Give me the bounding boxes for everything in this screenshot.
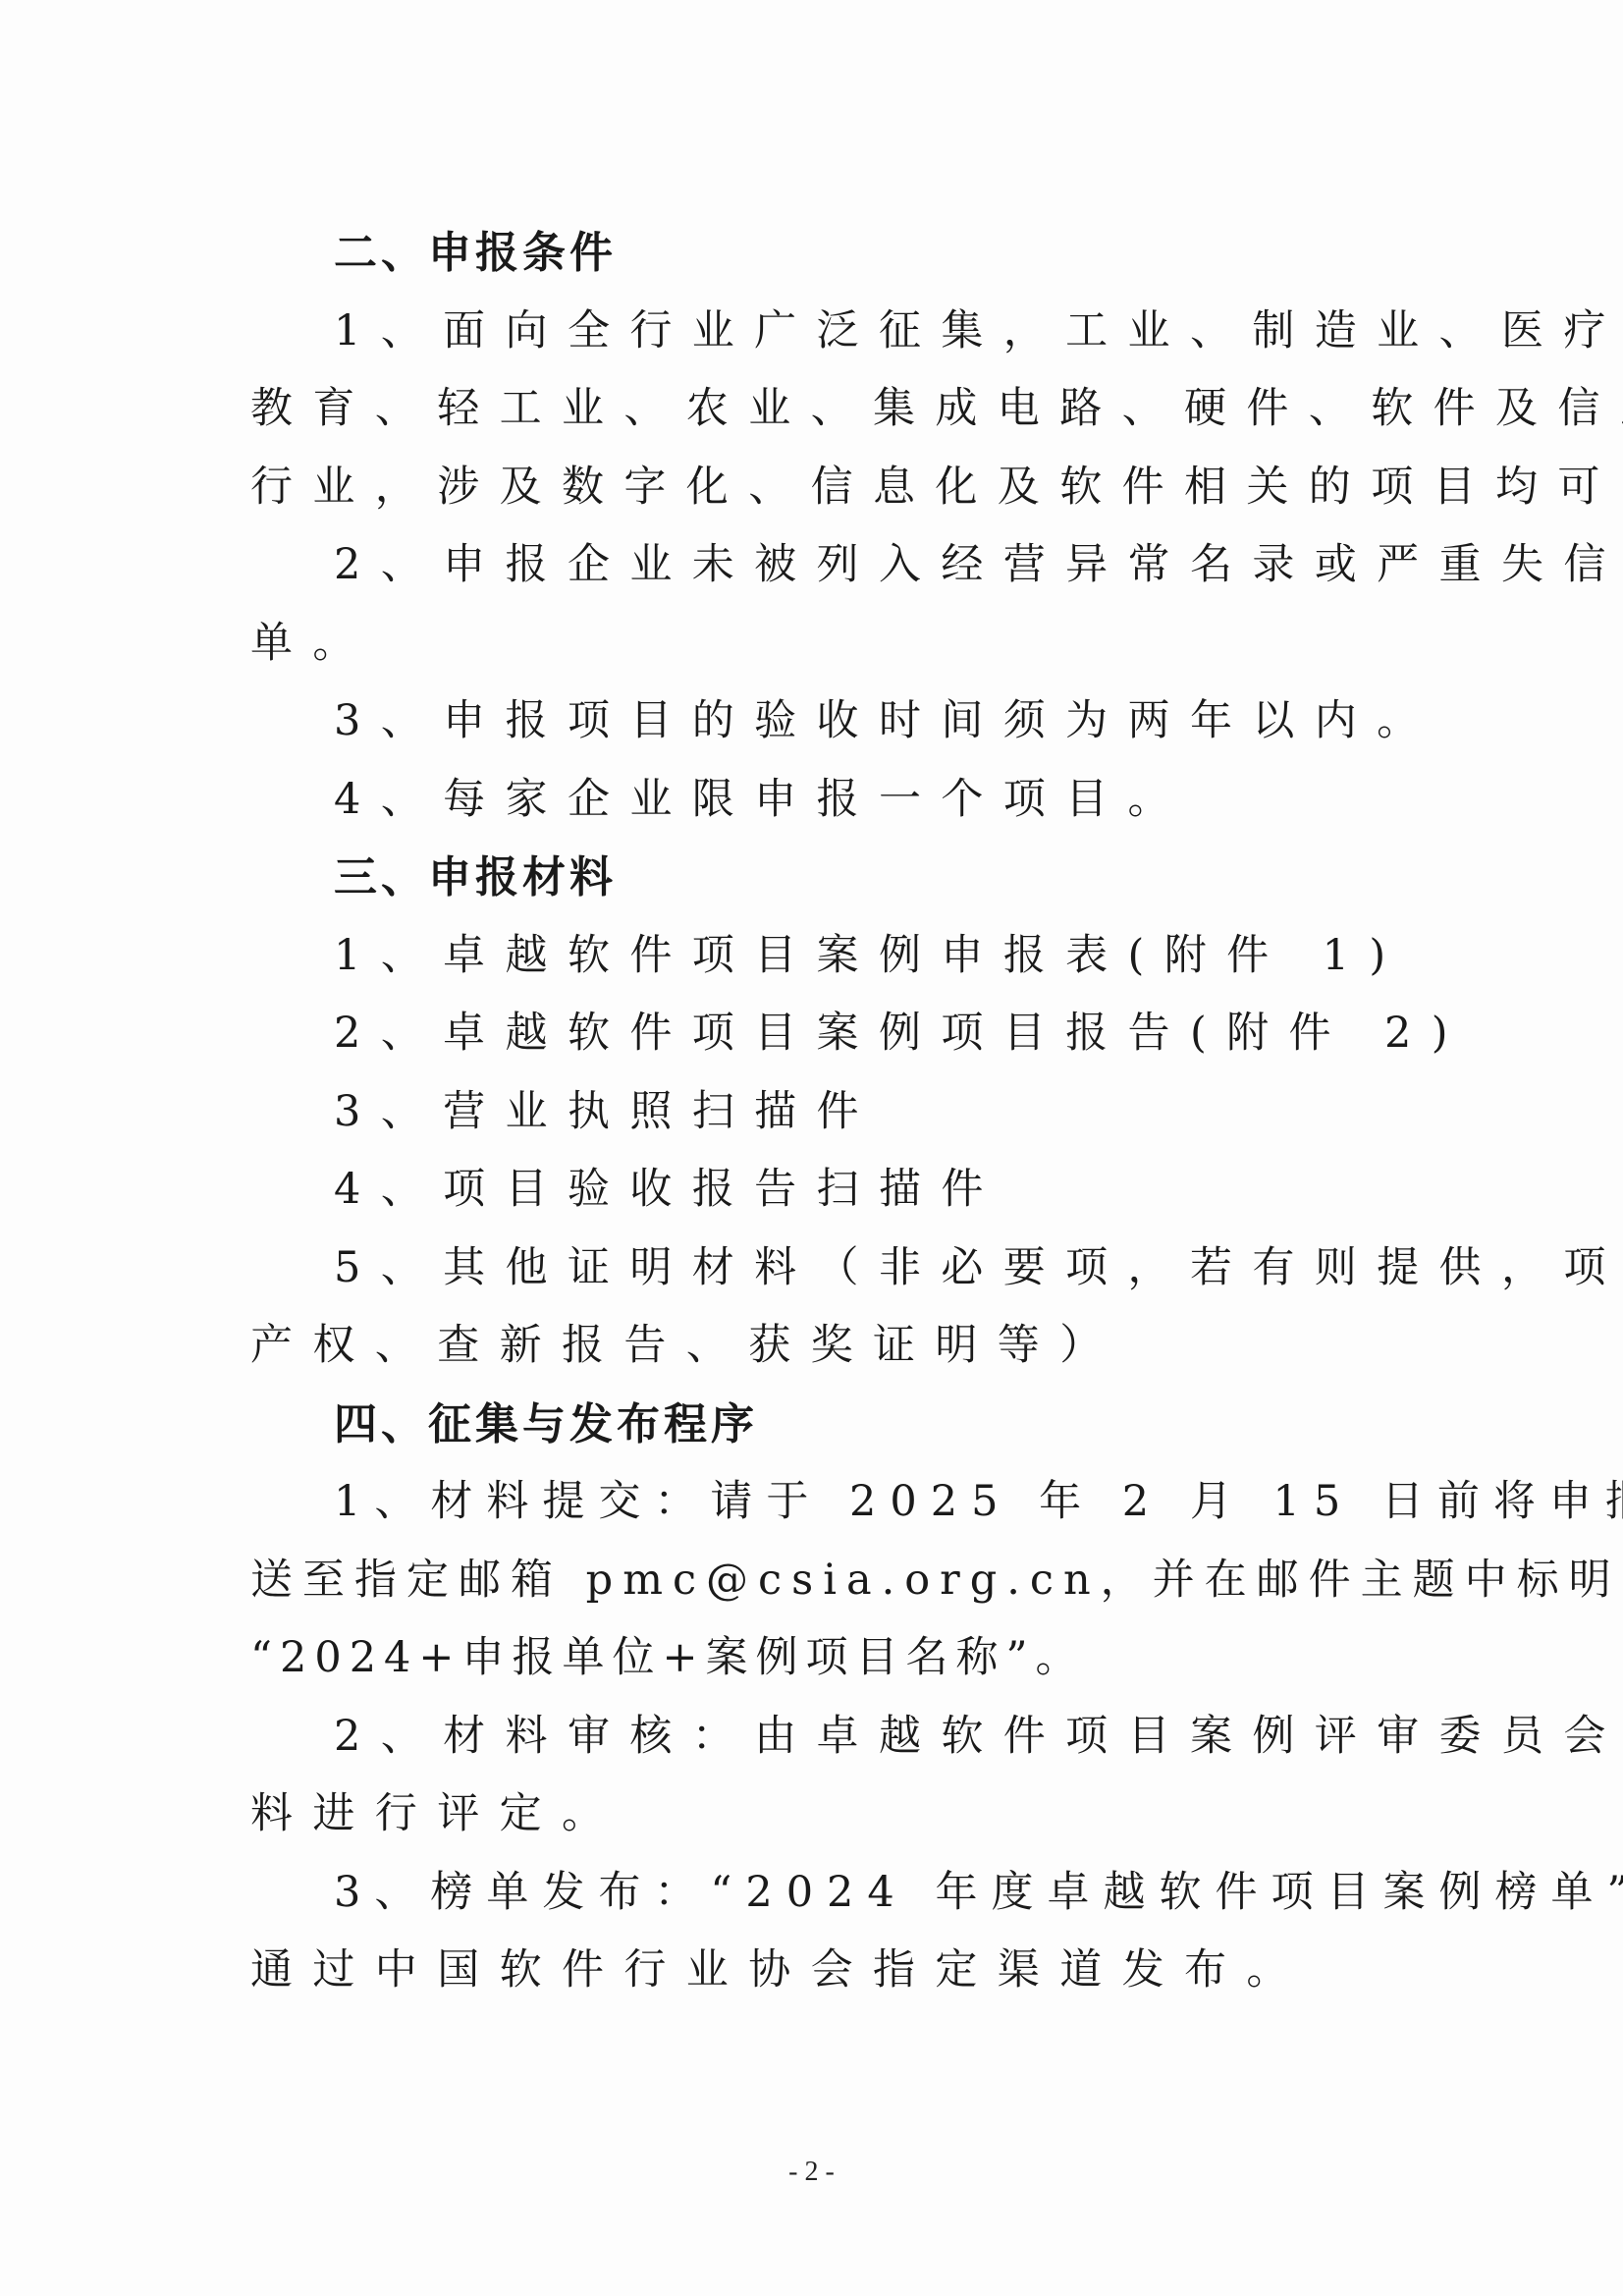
text-line: “2024+申报单位+案例项目名称”。 bbox=[250, 1619, 1380, 1698]
text-line: 2、卓越软件项目案例项目报告(附件 2) bbox=[250, 995, 1380, 1073]
text-line: 通过中国软件行业协会指定渠道发布。 bbox=[250, 1932, 1380, 2010]
paragraph: 2、申报企业未被列入经营异常名录或严重失信主体名 单。 bbox=[250, 526, 1380, 683]
document-body: 二、申报条件 1、面向全行业广泛征集，工业、制造业、医疗、金融、 教育、轻工业、… bbox=[250, 214, 1380, 2010]
section-collection-and-release-procedure: 四、征集与发布程序 1、材料提交：请于 2025 年 2 月 15 日前将申报材… bbox=[250, 1386, 1380, 2010]
text-line: 3、榜单发布：“2024 年度卓越软件项目案例榜单”将 bbox=[250, 1854, 1380, 1933]
text-line: 1、卓越软件项目案例申报表(附件 1) bbox=[250, 917, 1380, 996]
text-line: 教育、轻工业、农业、集成电路、硬件、软件及信息服务等 bbox=[250, 370, 1380, 449]
paragraph: 1、材料提交：请于 2025 年 2 月 15 日前将申报材料发 送至指定邮箱 … bbox=[250, 1463, 1380, 1698]
paragraph: 1、面向全行业广泛征集，工业、制造业、医疗、金融、 教育、轻工业、农业、集成电路… bbox=[250, 293, 1380, 527]
section-application-conditions: 二、申报条件 1、面向全行业广泛征集，工业、制造业、医疗、金融、 教育、轻工业、… bbox=[250, 214, 1380, 839]
text-line: 2、申报企业未被列入经营异常名录或严重失信主体名 bbox=[250, 526, 1380, 605]
section-heading: 四、征集与发布程序 bbox=[250, 1386, 1380, 1464]
page-number: - 2 - bbox=[0, 2157, 1623, 2188]
paragraph: 3、营业执照扫描件 bbox=[250, 1073, 1380, 1152]
section-heading: 二、申报条件 bbox=[250, 214, 1380, 293]
paragraph: 5、其他证明材料（非必要项，若有则提供，项目的知识 产权、查新报告、获奖证明等） bbox=[250, 1230, 1380, 1386]
paragraph: 3、榜单发布：“2024 年度卓越软件项目案例榜单”将 通过中国软件行业协会指定… bbox=[250, 1854, 1380, 2010]
text-line: 1、面向全行业广泛征集，工业、制造业、医疗、金融、 bbox=[250, 293, 1380, 371]
text-line: 3、申报项目的验收时间须为两年以内。 bbox=[250, 683, 1380, 761]
text-line: 单。 bbox=[250, 605, 1380, 683]
text-line: 5、其他证明材料（非必要项，若有则提供，项目的知识 bbox=[250, 1230, 1380, 1308]
document-page: 二、申报条件 1、面向全行业广泛征集，工业、制造业、医疗、金融、 教育、轻工业、… bbox=[0, 0, 1623, 2296]
text-line: 产权、查新报告、获奖证明等） bbox=[250, 1307, 1380, 1386]
paragraph: 1、卓越软件项目案例申报表(附件 1) bbox=[250, 917, 1380, 996]
text-line: 4、项目验收报告扫描件 bbox=[250, 1151, 1380, 1230]
text-line: 送至指定邮箱 pmc@csia.org.cn，并在邮件主题中标明 bbox=[250, 1542, 1380, 1620]
paragraph: 4、每家企业限申报一个项目。 bbox=[250, 761, 1380, 840]
paragraph: 2、卓越软件项目案例项目报告(附件 2) bbox=[250, 995, 1380, 1073]
text-line: 3、营业执照扫描件 bbox=[250, 1073, 1380, 1152]
text-line: 料进行评定。 bbox=[250, 1776, 1380, 1854]
paragraph: 2、材料审核：由卓越软件项目案例评审委员会对申报材 料进行评定。 bbox=[250, 1698, 1380, 1854]
section-application-materials: 三、申报材料 1、卓越软件项目案例申报表(附件 1) 2、卓越软件项目案例项目报… bbox=[250, 839, 1380, 1386]
text-line: 1、材料提交：请于 2025 年 2 月 15 日前将申报材料发 bbox=[250, 1463, 1380, 1542]
paragraph: 4、项目验收报告扫描件 bbox=[250, 1151, 1380, 1230]
text-line: 行业，涉及数字化、信息化及软件相关的项目均可申报。 bbox=[250, 449, 1380, 527]
text-line: 2、材料审核：由卓越软件项目案例评审委员会对申报材 bbox=[250, 1698, 1380, 1777]
section-heading: 三、申报材料 bbox=[250, 839, 1380, 917]
text-line: 4、每家企业限申报一个项目。 bbox=[250, 761, 1380, 840]
paragraph: 3、申报项目的验收时间须为两年以内。 bbox=[250, 683, 1380, 761]
